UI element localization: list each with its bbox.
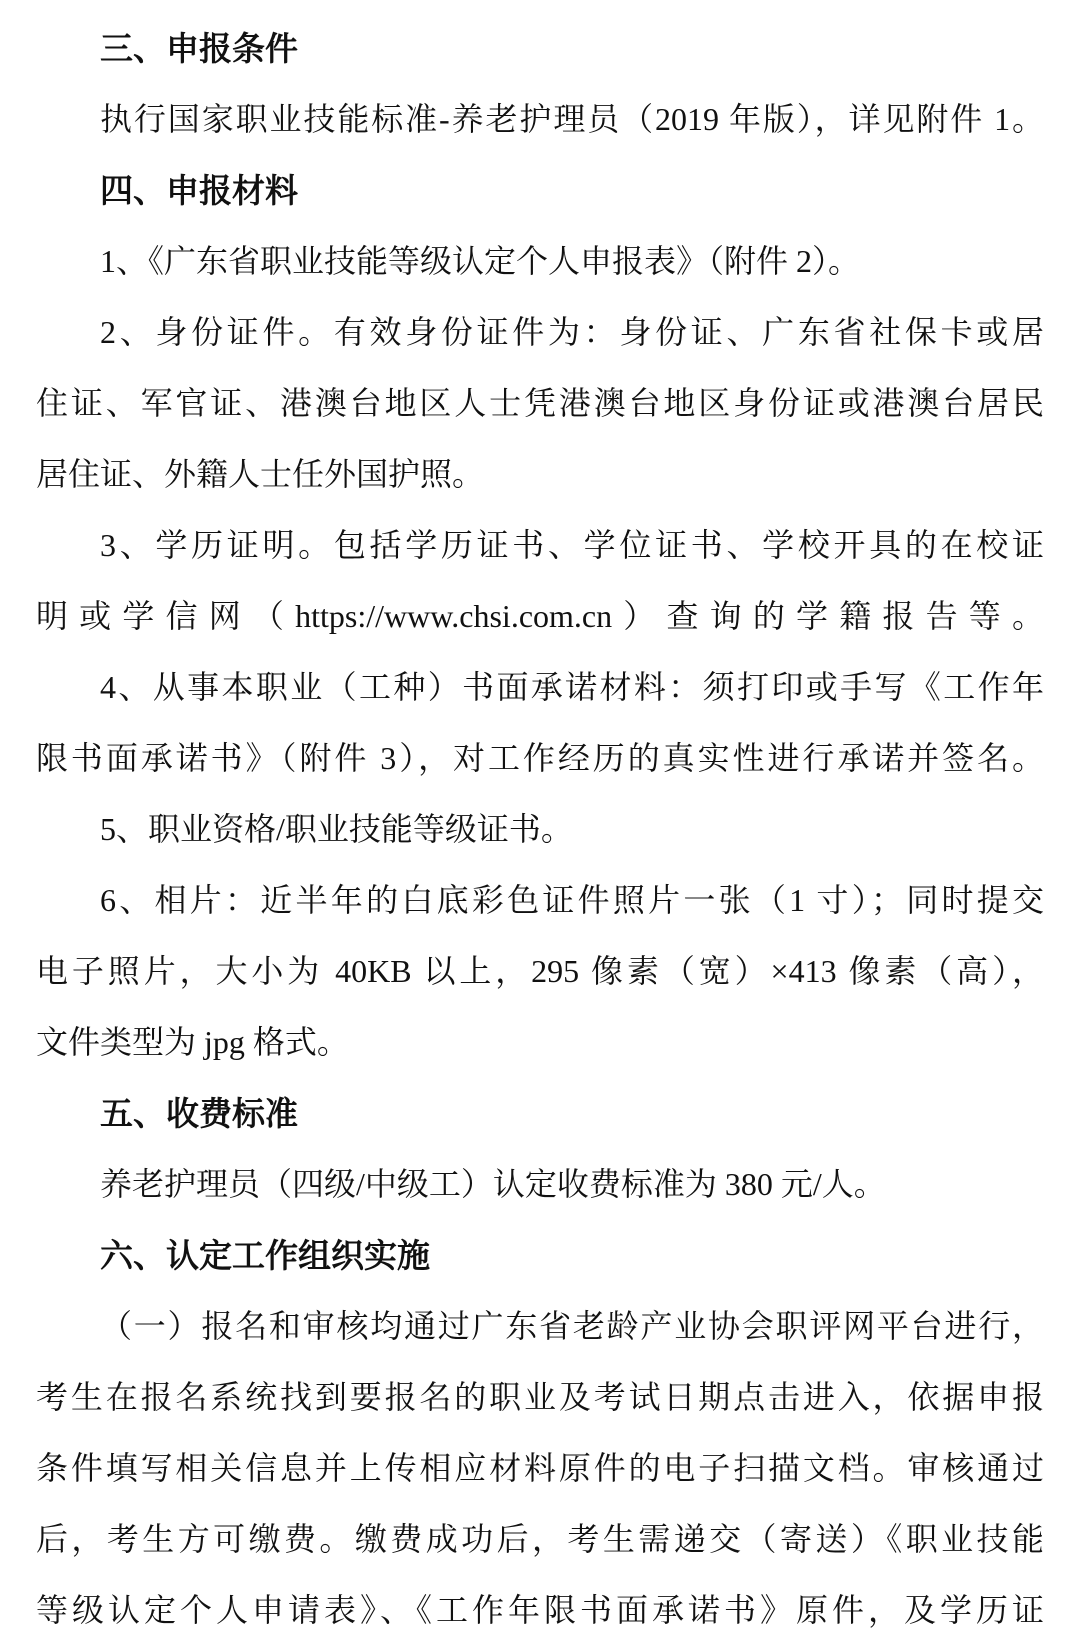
text-line: 6、相片：近半年的白底彩色证件照片一张（1 寸）；同时提交 xyxy=(36,865,1044,936)
section-heading-materials: 四、申报材料 xyxy=(36,155,1044,226)
document-page: 三、申报条件 执行国家职业技能标准-养老护理员（2019 年版），详见附件 1。… xyxy=(0,0,1080,1646)
text-line: （一）报名和审核均通过广东省老龄产业协会职评网平台进行， xyxy=(36,1291,1044,1362)
text-line: 条件填写相关信息并上传相应材料原件的电子扫描文档。审核通过 xyxy=(36,1433,1044,1504)
section-heading-organization: 六、认定工作组织实施 xyxy=(36,1220,1044,1291)
text-line: 电子照片，大小为 40KB 以上，295 像素（宽）×413 像素（高）， xyxy=(36,936,1044,1007)
text-line: 考生在报名系统找到要报名的职业及考试日期点击进入，依据申报 xyxy=(36,1362,1044,1433)
text-line: 限书面承诺书》（附件 3），对工作经历的真实性进行承诺并签名。 xyxy=(36,723,1044,794)
text-line: 4、从事本职业（工种）书面承诺材料：须打印或手写《工作年 xyxy=(36,652,1044,723)
text-line: 等级认定个人申请表》、《工作年限书面承诺书》原件，及学历证 xyxy=(36,1575,1044,1646)
text-line: 1、《广东省职业技能等级认定个人申报表》（附件 2）。 xyxy=(36,226,1044,297)
section-heading-fees: 五、收费标准 xyxy=(36,1078,1044,1149)
text-line: 5、职业资格/职业技能等级证书。 xyxy=(36,794,1044,865)
text-line: 后，考生方可缴费。缴费成功后，考生需递交（寄送）《职业技能 xyxy=(36,1504,1044,1575)
section-heading-conditions: 三、申报条件 xyxy=(36,13,1044,84)
text-line: 执行国家职业技能标准-养老护理员（2019 年版），详见附件 1。 xyxy=(36,84,1044,155)
text-line: 住证、军官证、港澳台地区人士凭港澳台地区身份证或港澳台居民 xyxy=(36,368,1044,439)
text-line: 3、学历证明。包括学历证书、学位证书、学校开具的在校证 xyxy=(36,510,1044,581)
text-line: 文件类型为 jpg 格式。 xyxy=(36,1007,1044,1078)
text-line: 居住证、外籍人士任外国护照。 xyxy=(36,439,1044,510)
text-line: 明或学信网（https://www.chsi.com.cn）查询的学籍报告等。 xyxy=(36,581,1044,652)
text-line: 养老护理员（四级/中级工）认定收费标准为 380 元/人。 xyxy=(36,1149,1044,1220)
text-line: 2、身份证件。有效身份证件为：身份证、广东省社保卡或居 xyxy=(36,297,1044,368)
